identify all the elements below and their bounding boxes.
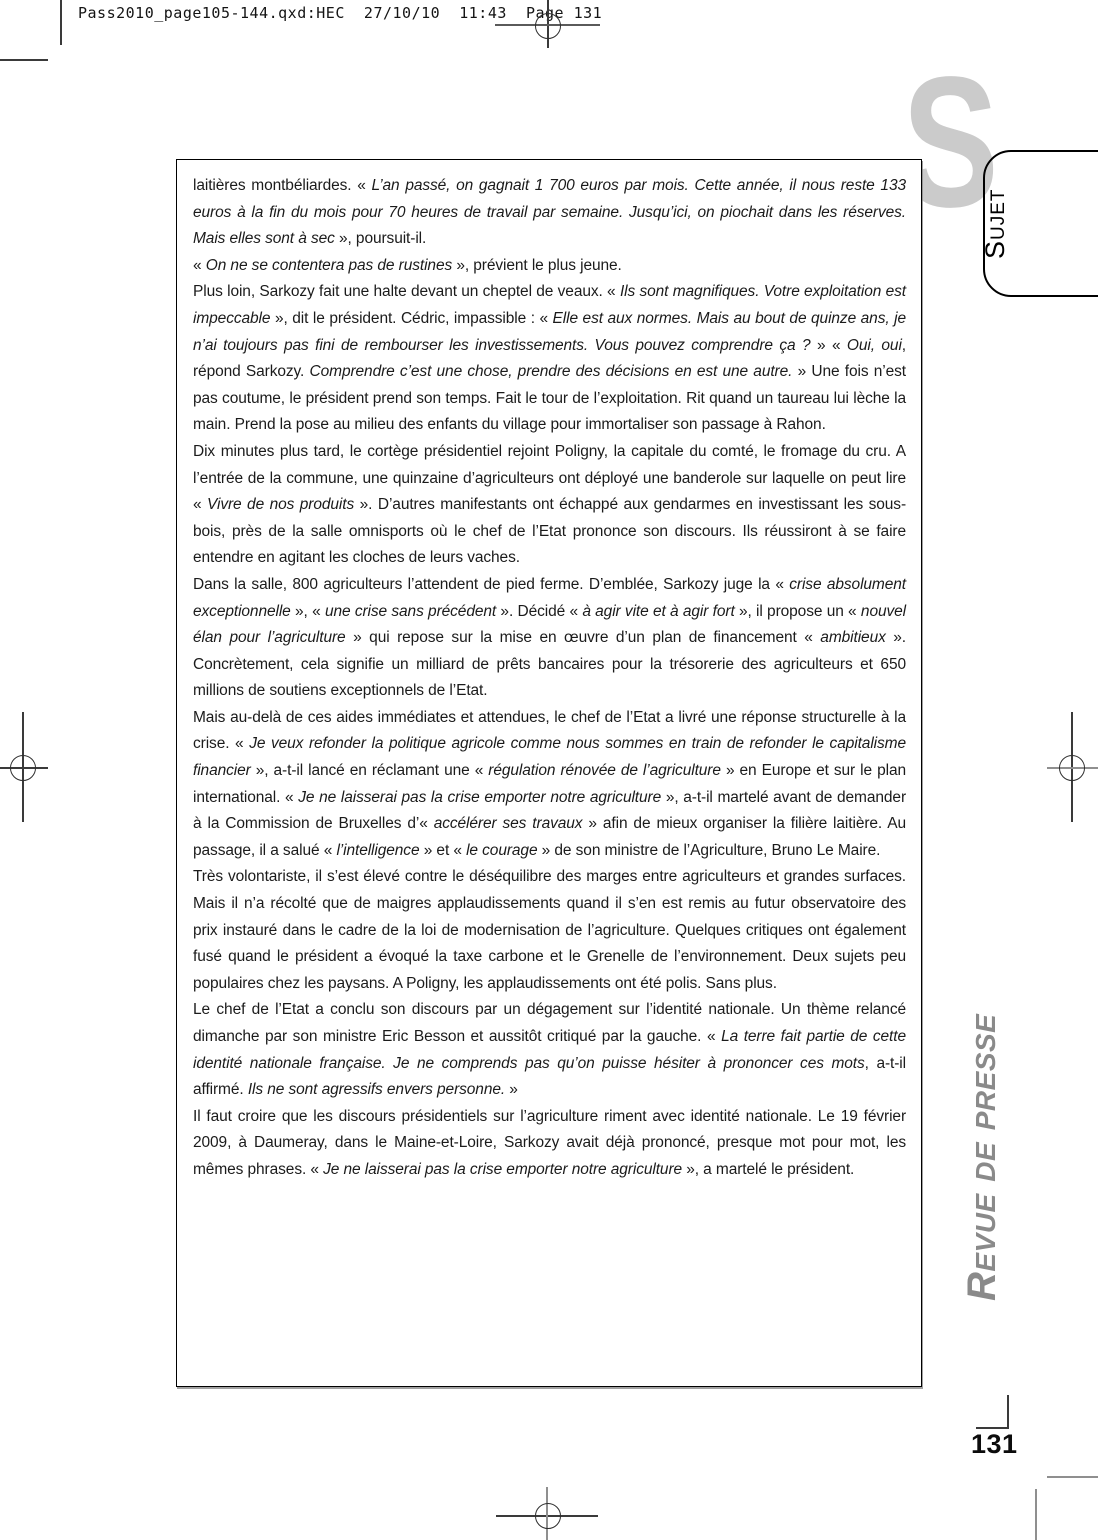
article-paragraph: Mais au-delà de ces aides immédiates et … [193, 705, 906, 865]
article-box: laitières montbéliardes. « L’an passé, o… [176, 159, 922, 1387]
print-slug-header: Pass2010_page105-144.qxd:HEC 27/10/10 11… [78, 4, 602, 22]
registration-circle-top [535, 13, 561, 39]
registration-circle-right [1059, 755, 1085, 781]
corner-bracket-vertical [1007, 1395, 1009, 1429]
crop-mark-bottom-right-horizontal [1047, 1476, 1098, 1478]
article-paragraph: Très volontariste, il s’est élevé contre… [193, 864, 906, 997]
scanned-proof-page: Pass2010_page105-144.qxd:HEC 27/10/10 11… [0, 0, 1098, 1540]
crop-mark-bottom-right-vertical [1035, 1489, 1037, 1540]
article-paragraph: Le chef de l’Etat a conclu son discours … [193, 997, 906, 1103]
article-paragraph: « On ne se contentera pas de rustines »,… [193, 253, 906, 280]
page-number: 131 [971, 1429, 1018, 1460]
rubric-vertical-label: Revue de presse [950, 978, 1014, 1336]
article-paragraph: Plus loin, Sarkozy fait une halte devant… [193, 279, 906, 439]
article-paragraph: Dans la salle, 800 agriculteurs l’attend… [193, 572, 906, 705]
article-paragraph: laitières montbéliardes. « L’an passé, o… [193, 173, 906, 253]
registration-circle-bottom [535, 1503, 561, 1529]
article-paragraph: Dix minutes plus tard, le cortège présid… [193, 439, 906, 572]
crop-mark-top-left-horizontal [0, 59, 48, 61]
registration-circle-left [10, 755, 36, 781]
crop-mark-top-left-vertical [60, 0, 62, 45]
article-paragraph: Il faut croire que les discours présiden… [193, 1104, 906, 1184]
article-body: laitières montbéliardes. « L’an passé, o… [193, 173, 906, 1184]
section-tab-label: Sujet [972, 150, 1018, 297]
